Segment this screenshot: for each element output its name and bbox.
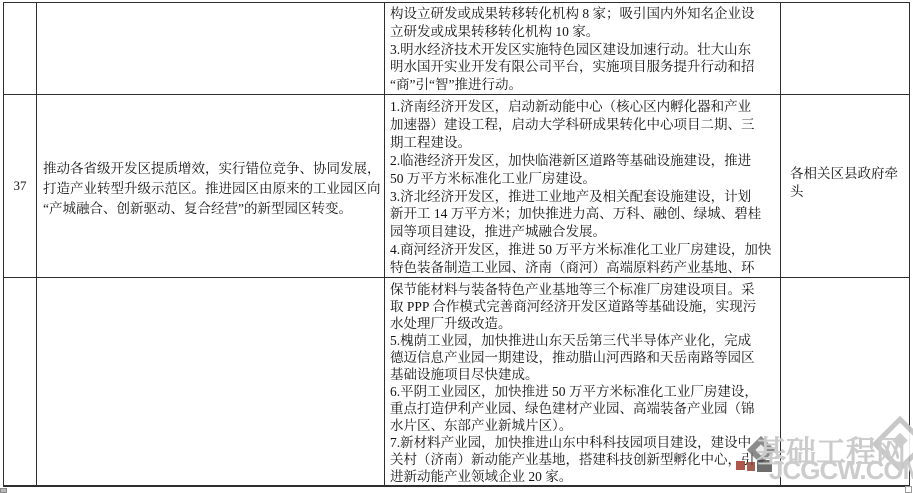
document-page: 构设立研发或成果转移转化机构 8 家；吸引国内外知名企业设 立研发或成果转移转化… <box>0 0 913 493</box>
row2-task-cell: 推动各省级开发区提质增效，实行错位竞争、协同发展， 打造产业转型升级示范区。推进… <box>37 95 385 278</box>
row1-owner-cell <box>781 3 909 95</box>
watermark-red-seal-icon <box>736 461 745 470</box>
table-handle-bottom-left <box>0 488 7 493</box>
row1-measures-cell: 构设立研发或成果转移转化机构 8 家；吸引国内外知名企业设 立研发或成果转移转化… <box>385 3 781 95</box>
row2-owner-cell: 各相关区县政府牵 头 <box>781 95 909 278</box>
watermark-site-url: JCGCW.COM <box>769 455 913 486</box>
table-handle-bottom-right <box>905 486 912 493</box>
row3-seq-cell <box>4 278 37 485</box>
watermark-red-seal-icon-2 <box>747 462 755 471</box>
row3-measures-cell: 保节能材料与装备特色产业基地等三个标准厂房建设项目。采 取 PPP 合作模式完善… <box>385 278 781 485</box>
row3-task-cell <box>37 278 385 485</box>
row1-seq-cell <box>4 3 37 95</box>
row1-task-cell <box>37 3 385 95</box>
plan-table: 构设立研发或成果转移转化机构 8 家；吸引国内外知名企业设 立研发或成果转移转化… <box>3 2 910 487</box>
row2-seq-cell: 37 <box>4 95 37 278</box>
row2-measures-cell: 1.济南经济开发区，启动新动能中心（核心区内孵化器和产业 加速器）建设工程，启动… <box>385 95 781 278</box>
